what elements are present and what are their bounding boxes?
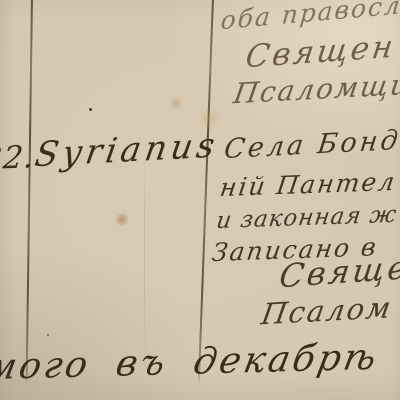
record-line-2: ній Пантел [218,169,398,200]
psalmist-signature-top: Псаломщи [232,71,400,109]
ink-speck [47,334,49,336]
top-note: оба правосл [220,0,400,33]
column-rule-left [26,0,33,387]
foxing-spot [115,213,129,226]
foxing-spot [168,97,184,110]
priest-signature-bottom: Свяще [277,251,400,292]
bottom-text-line: мого въ декабрѣ ми [0,337,400,386]
entry-number: 22. [0,142,36,175]
register-page-scan: 22. Syrianus оба правосл Священ Псаломщи… [0,0,400,400]
priest-signature-top: Священ [244,32,398,74]
record-line-3: и законная ж [215,204,399,233]
paper-crease [144,150,145,370]
record-line-1: Села Бонд [223,127,400,163]
psalmist-signature-bottom: Псалом [259,293,394,329]
ink-speck [89,108,92,111]
column-rule-right [198,0,214,385]
name-latin: Syrianus [33,128,221,172]
